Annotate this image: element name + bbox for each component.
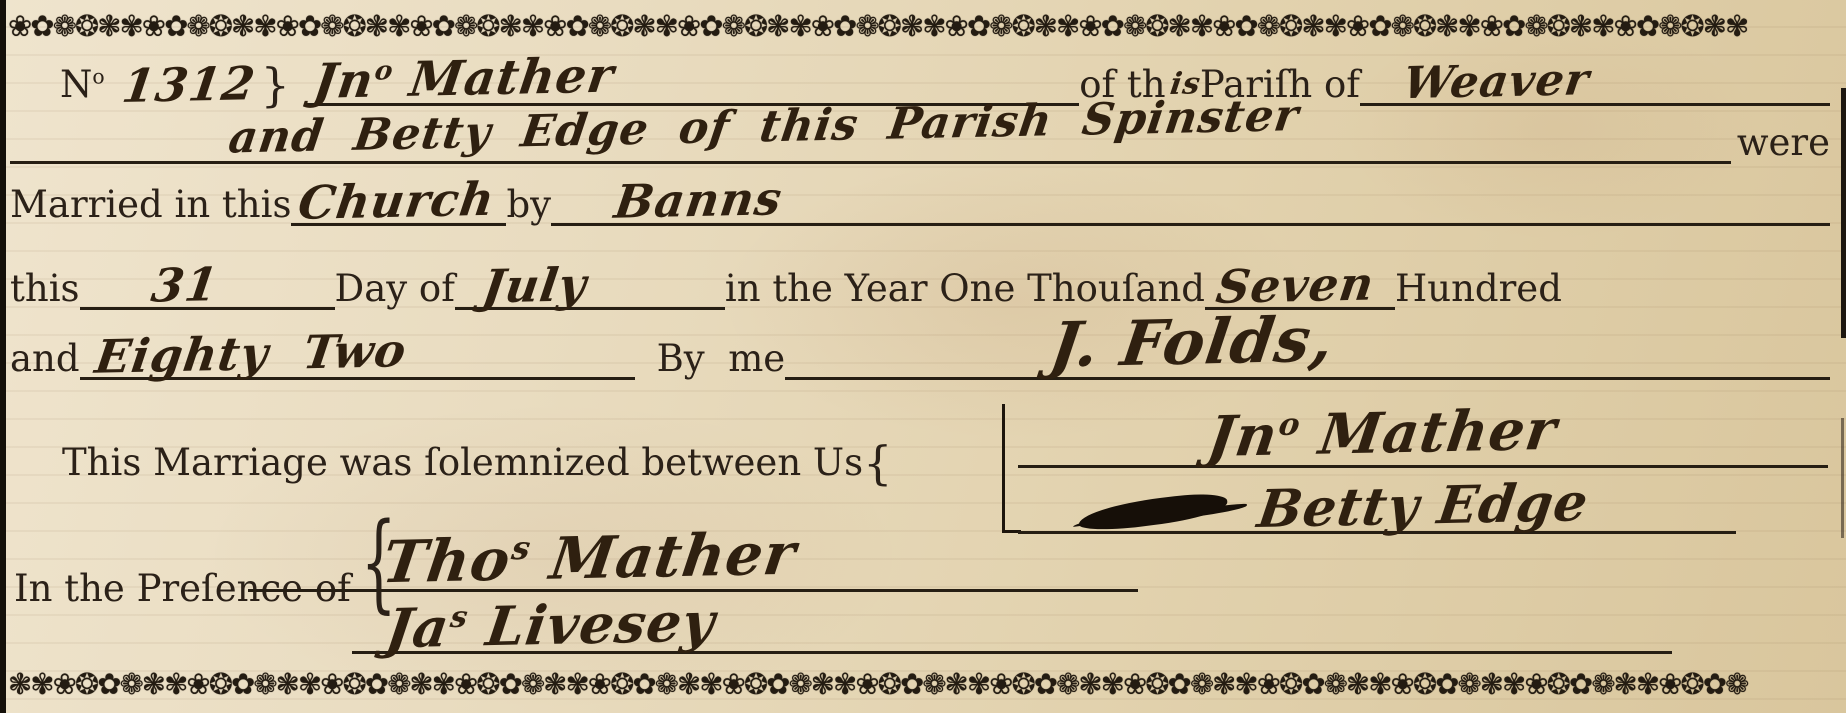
no-label: No (60, 65, 105, 106)
married-by-field: Banns (551, 169, 1830, 226)
printed-were: were (1737, 123, 1830, 164)
year-tens-field: Eighty Two (80, 323, 635, 380)
groom-signature-line: Jno Mather (1018, 398, 1828, 468)
married-place-field: Church (291, 169, 506, 226)
bride-line-field: and Betty Edge of this Parish Spinster (10, 110, 1731, 164)
printed-this: this (10, 269, 80, 310)
ornament-border-top: ❀✿❁❂❃✾❀✿❁❂❃✾❀✿❁❂❃✾❀✿❁❂❃✾❀✿❁❂❃✾❀✿❁❂❃✾❀✿❁❂… (8, 4, 1838, 48)
solemnized-brace: { (863, 443, 892, 484)
left-rule-border (0, 0, 6, 713)
year-tens: Eighty Two (80, 323, 410, 384)
bride-signature: Betty Edge (1254, 472, 1592, 540)
witness2-field: Jas Livesey (352, 587, 1672, 654)
printed-day-of: Day of (335, 269, 455, 310)
witness2-line: Jas Livesey (352, 594, 1672, 654)
witness1-field: Thos Mather (248, 521, 1138, 592)
witness1-line: Thos Mather (248, 518, 1138, 592)
married-place: Church (291, 172, 498, 230)
line-married: Married in this Church by Banns (10, 172, 1830, 226)
right-rule-border-lower (1841, 418, 1844, 538)
groom-signature-field: Jno Mather (1018, 399, 1828, 468)
printed-married-in-this: Married in this (10, 185, 291, 226)
day-field: 31 (80, 253, 335, 310)
parish-name-field: Weaver (1360, 52, 1830, 106)
right-rule-border (1841, 88, 1846, 338)
line-bride: and Betty Edge of this Parish Spinster w… (10, 112, 1830, 164)
line-solemnized: This Marriage was ſolemnized between Us … (62, 432, 892, 484)
officiant-signature: J. Folds, (785, 303, 1339, 387)
entry-number-brace: } (261, 65, 290, 106)
month-field: July (455, 253, 725, 310)
day-value: 31 (80, 257, 222, 314)
entry-number: 1312 (119, 56, 259, 113)
year-hundreds-field: Seven (1205, 253, 1395, 310)
married-by: Banns (551, 171, 786, 230)
ornament-border-bottom: ❃✾❀❂✿❁❃✾❀❂✿❁❃✾❀❂✿❁❃✾❀❂✿❁❃✾❀❂✿❁❃✾❀❂✿❁❃✾❀❂… (8, 662, 1838, 706)
groom-name: Jno Mather (304, 48, 618, 110)
line-date: this 31 Day of July in the Year One Thou… (10, 252, 1830, 310)
parish-name: Weaver (1360, 54, 1593, 110)
printed-by: by (506, 185, 551, 226)
line-year-officiant: and Eighty Two By me J. Folds, (10, 318, 1830, 380)
witness2-signature: Jas Livesey (352, 590, 719, 661)
printed-solemnized-phrase: This Marriage was ſolemnized between Us (62, 443, 863, 484)
officiant-field: J. Folds, (785, 304, 1830, 380)
groom-signature: Jno Mather (1018, 397, 1561, 474)
month-value: July (455, 257, 590, 314)
marriage-register-page: ❀✿❁❂❃✾❀✿❁❂❃✾❀✿❁❂❃✾❀✿❁❂❃✾❀✿❁❂❃✾❀✿❁❂❃✾❀✿❁❂… (0, 0, 1846, 713)
printed-by-me: By me (657, 339, 786, 380)
printed-and: and (10, 339, 80, 380)
